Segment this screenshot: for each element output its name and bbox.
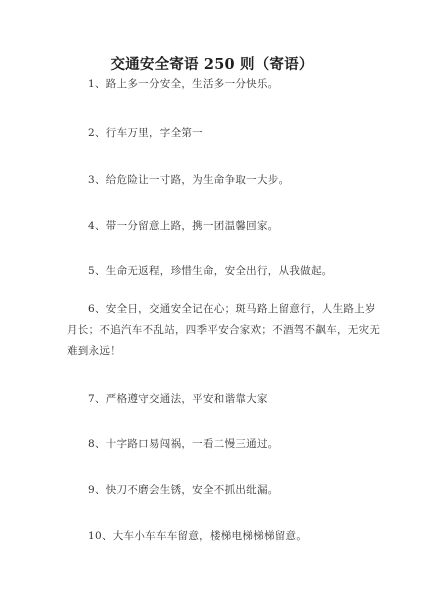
slogan-item-7: 7、严格遵守交通法，平安和谐靠大家 [88, 391, 268, 406]
document-title: 交通安全寄语 250 则（寄语） [0, 53, 424, 74]
slogan-item-6-line-3: 难到永远！ [67, 341, 367, 362]
document-page: 交通安全寄语 250 则（寄语） 1、路上多一分安全，生活多一分快乐。 2、行车… [0, 0, 424, 600]
slogan-item-6: 6、安全日，交通安全记在心；斑马路上留意行，人生路上岁 月长；不追汽车不乱站，四… [67, 299, 367, 362]
slogan-item-3: 3、给危险让一寸路，为生命争取一大步。 [88, 172, 289, 187]
slogan-item-10: 10、大车小车车车留意，楼梯电梯梯梯留意。 [88, 528, 307, 543]
slogan-item-9: 9、快刀不磨会生锈，安全不抓出纰漏。 [88, 482, 279, 497]
slogan-item-6-line-2: 月长；不追汽车不乱站，四季平安合家欢；不酒驾不飙车，无灾无 [67, 320, 367, 341]
slogan-item-8: 8、十字路口易闯祸，一看二慢三通过。 [88, 436, 279, 451]
slogan-item-2: 2、行车万里，字全第一 [88, 125, 203, 140]
slogan-item-6-line-1: 6、安全日，交通安全记在心；斑马路上留意行，人生路上岁 [67, 299, 367, 320]
slogan-item-1: 1、路上多一分安全，生活多一分快乐。 [88, 76, 279, 91]
slogan-item-4: 4、带一分留意上路，携一团温馨回家。 [88, 218, 279, 233]
slogan-item-5: 5、生命无返程，珍惜生命，安全出行，从我做起。 [88, 263, 333, 278]
